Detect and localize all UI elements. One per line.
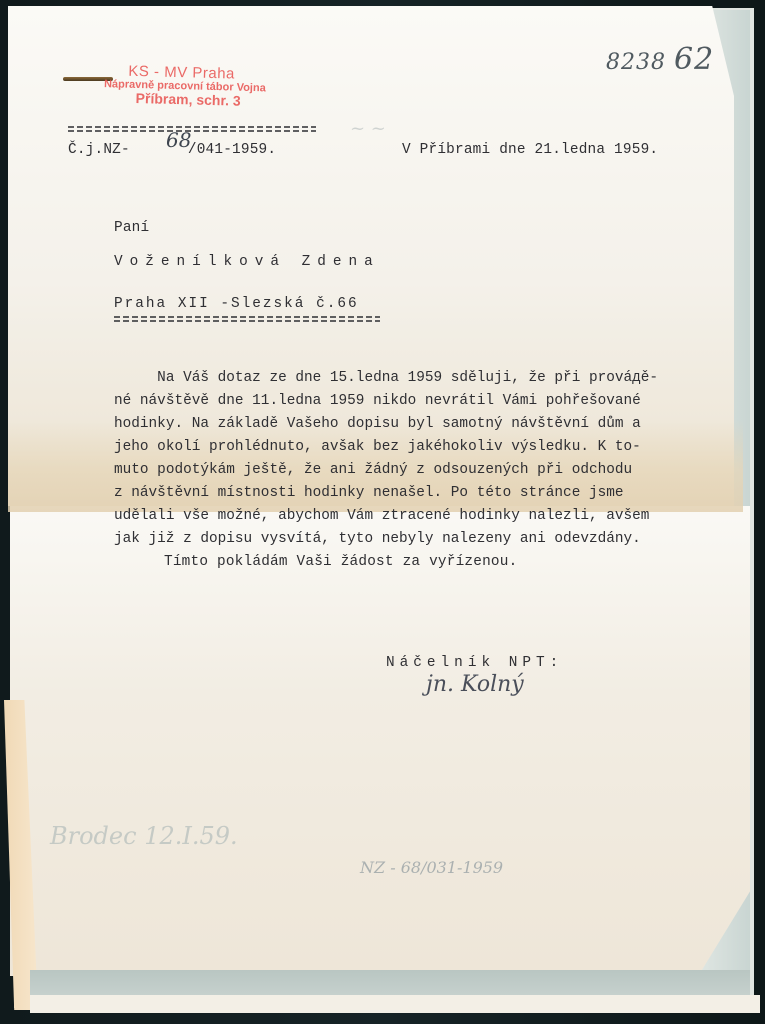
pencil-note: Brodec 12.I.59.	[50, 822, 238, 850]
pencil-reference: NZ - 68/031-1959	[360, 858, 503, 877]
archive-number: 8238 62	[606, 42, 714, 77]
recipient-address: Praha XII -Slezská č.66	[114, 296, 359, 312]
body-line: Na Váš dotaz ze dne 15.ledna 1959 sděluj…	[114, 370, 658, 386]
archive-number-main: 8238	[606, 50, 666, 75]
salutation: Paní	[114, 220, 149, 236]
faint-pencil-mark: ~ ~	[350, 118, 386, 139]
body-line: jak již z dopisu vysvítá, tyto nebyly na…	[114, 531, 641, 547]
header-double-rule	[68, 126, 316, 132]
signatory-title: Náčelník NPT:	[386, 655, 563, 671]
body-line: muto podotýkám ještě, že ani žádný z ods…	[114, 462, 632, 478]
body-line: udělali vše možné, abychom Vám ztracené …	[114, 508, 649, 524]
body-line: z návštěvní místnosti hodinky nenašel. P…	[114, 485, 624, 501]
handwritten-signature: jn. Kolný	[426, 672, 524, 697]
body-line: jeho okolí prohlédnuto, avšak bez jakého…	[114, 439, 641, 455]
reference-suffix: /041-1959.	[188, 142, 276, 158]
letter-page-lower	[10, 506, 750, 976]
body-line: né návštěvě dne 11.ledna 1959 nikdo nevr…	[114, 393, 641, 409]
recipient-name: Voženílková Zdena	[114, 254, 380, 270]
closing-sentence: Tímto pokládám Vaši žádost za vyřízenou.	[164, 554, 517, 570]
place-and-date: V Příbrami dne 21.ledna 1959.	[402, 142, 658, 158]
body-line: hodinky. Na základě Vašeho dopisu byl sa…	[114, 416, 641, 432]
reference-prefix: Č.j.NZ-	[68, 142, 130, 158]
bottom-paper-edge	[30, 995, 760, 1013]
institution-stamp: KS - MV Praha Nápravně pracovní tábor Vo…	[103, 63, 324, 111]
reference-handwritten-number: 68	[166, 128, 191, 152]
archive-number-suffix: 62	[674, 42, 714, 77]
address-double-rule	[114, 316, 380, 322]
